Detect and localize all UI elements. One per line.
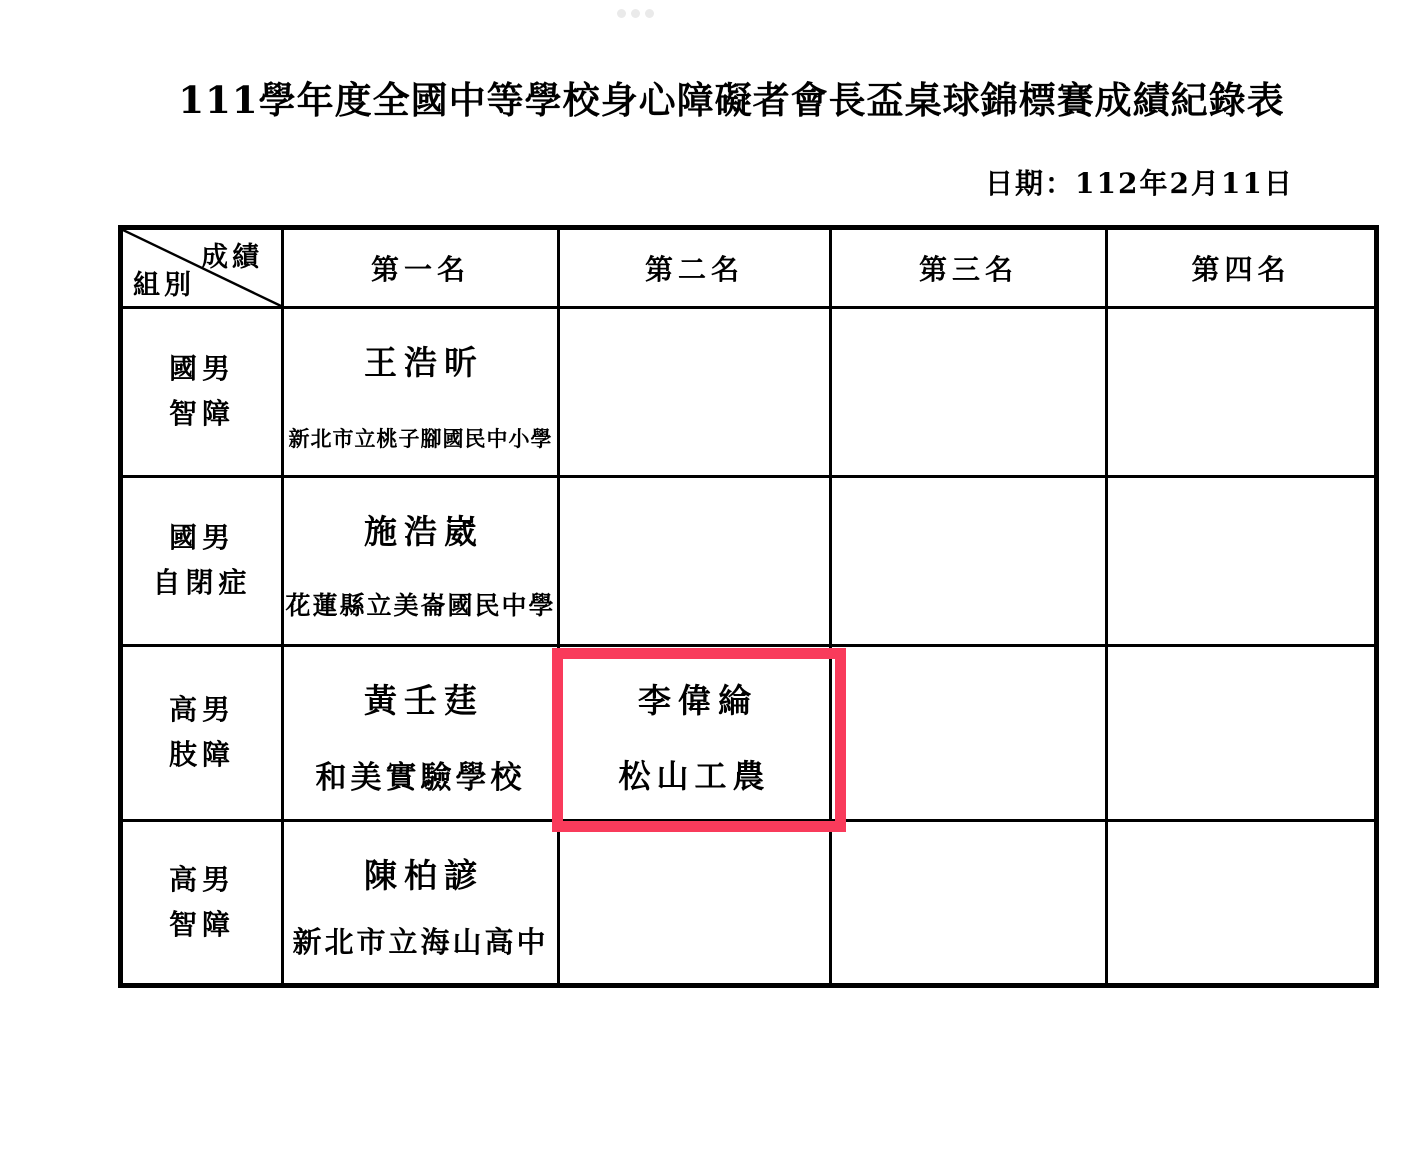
results-table: 成績 組別 第一名 第二名 第三名 第四名 國男 智障 王浩昕 新北市立桃子腳國…: [118, 225, 1379, 988]
result-cell: 施浩崴 花蓮縣立美崙國民中學: [283, 477, 559, 646]
winner-school: 花蓮縣立美崙國民中學: [284, 586, 557, 622]
result-cell: [831, 821, 1107, 986]
winner-school: 新北市立海山高中: [284, 920, 557, 961]
result-cell-highlighted: 李偉綸 松山工農: [559, 646, 831, 821]
result-cell: [831, 477, 1107, 646]
winner-school: 新北市立桃子腳國民中小學: [284, 423, 557, 453]
document-page: 111學年度全國中等學校身心障礙者會長盃桌球錦標賽成績紀錄表 日期：112年2月…: [0, 0, 1407, 1166]
group-cell: 國男 智障: [121, 308, 283, 477]
result-cell: [1107, 646, 1377, 821]
winner-school: 松山工農: [560, 751, 829, 797]
result-cell: [831, 308, 1107, 477]
result-cell: [1107, 821, 1377, 986]
result-cell: [1107, 477, 1377, 646]
result-cell: [831, 646, 1107, 821]
group-cell: 國男 自閉症: [121, 477, 283, 646]
group-cell: 高男 肢障: [121, 646, 283, 821]
result-cell: 王浩昕 新北市立桃子腳國民中小學: [283, 308, 559, 477]
winner-name: 李偉綸: [560, 675, 829, 722]
corner-score-label: 成績: [201, 235, 263, 274]
table-row: 國男 自閉症 施浩崴 花蓮縣立美崙國民中學: [121, 477, 1377, 646]
header-fourth-place: 第四名: [1107, 228, 1377, 308]
ellipsis-dots-icon: [617, 9, 654, 18]
header-third-place: 第三名: [831, 228, 1107, 308]
table-row: 國男 智障 王浩昕 新北市立桃子腳國民中小學: [121, 308, 1377, 477]
result-cell: [559, 477, 831, 646]
result-cell: 陳柏諺 新北市立海山高中: [283, 821, 559, 986]
page-title: 111學年度全國中等學校身心障礙者會長盃桌球錦標賽成績紀錄表: [0, 70, 1407, 124]
result-cell: [559, 821, 831, 986]
corner-header-cell: 成績 組別: [121, 228, 283, 308]
group-cell: 高男 智障: [121, 821, 283, 986]
result-cell: [1107, 308, 1377, 477]
winner-school: 和美實驗學校: [284, 752, 557, 797]
result-cell: [559, 308, 831, 477]
header-first-place: 第一名: [283, 228, 559, 308]
table-row: 高男 智障 陳柏諺 新北市立海山高中: [121, 821, 1377, 986]
result-cell: 黃壬莛 和美實驗學校: [283, 646, 559, 821]
corner-group-label: 組別: [133, 263, 195, 302]
table-row: 高男 肢障 黃壬莛 和美實驗學校 李偉綸 松山工農: [121, 646, 1377, 821]
winner-name: 陳柏諺: [284, 850, 557, 897]
date-label: 日期：112年2月11日: [985, 162, 1294, 202]
winner-name: 黃壬莛: [284, 675, 557, 722]
header-second-place: 第二名: [559, 228, 831, 308]
winner-name: 王浩昕: [284, 337, 557, 384]
winner-name: 施浩崴: [284, 506, 557, 553]
results-table-container: 成績 組別 第一名 第二名 第三名 第四名 國男 智障 王浩昕 新北市立桃子腳國…: [118, 225, 1379, 988]
